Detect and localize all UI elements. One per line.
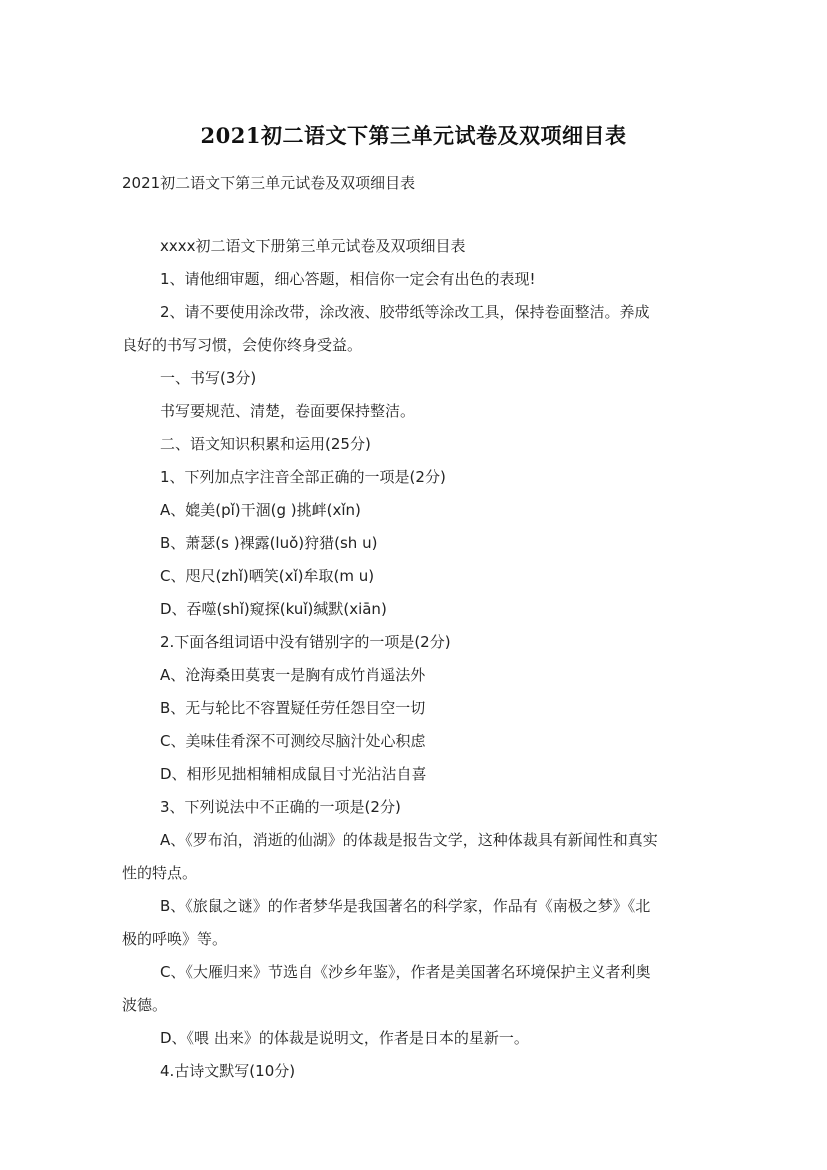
paragraph-line: 良好的书写习惯，会使你终身受益。	[122, 335, 362, 355]
paragraph-line: 书写要规范、清楚，卷面要保持整洁。	[160, 401, 415, 421]
paragraph-line: A、媲美(pǐ)干涸(g )挑衅(xǐn)	[160, 500, 361, 520]
paragraph-line: B、《旅鼠之谜》的作者梦华是我国著名的科学家，作品有《南极之梦》《北	[160, 896, 650, 916]
paragraph-line: A、沧海桑田莫衷一是胸有成竹肖遥法外	[160, 665, 425, 685]
paragraph-line: C、咫尺(zhǐ)哂笑(xǐ)牟取(m u)	[160, 566, 374, 586]
paragraph-line: 4.古诗文默写(10分)	[160, 1061, 295, 1081]
document-page: 2021初二语文下第三单元试卷及双项细目表 2021初二语文下第三单元试卷及双项…	[0, 0, 827, 1170]
paragraph-line: xxxx初二语文下册第三单元试卷及双项细目表	[160, 236, 466, 256]
document-subtitle: 2021初二语文下第三单元试卷及双项细目表	[122, 172, 415, 193]
paragraph-line: 二、语文知识积累和运用(25分)	[160, 434, 371, 454]
paragraph-line: D、吞噬(shǐ)窥探(kuǐ)缄默(xiān)	[160, 599, 387, 619]
paragraph-line: B、无与轮比不容置疑任劳任怨目空一切	[160, 698, 425, 718]
paragraph-line: C、《大雁归来》节选自《沙乡年鉴》，作者是美国著名环境保护主义者利奥	[160, 962, 650, 982]
paragraph-line: 2、请不要使用涂改带，涂改液、胶带纸等涂改工具，保持卷面整洁。养成	[160, 302, 650, 322]
paragraph-line: 一、书写(3分)	[160, 368, 256, 388]
paragraph-line: D、《喂 出来》的体裁是说明文，作者是日本的星新一。	[160, 1028, 529, 1048]
paragraph-line: D、相形见拙相辅相成鼠目寸光沾沾自喜	[160, 764, 427, 784]
document-title: 2021初二语文下第三单元试卷及双项细目表	[0, 120, 827, 150]
paragraph-line: A、《罗布泊，消逝的仙湖》的体裁是报告文学，这种体裁具有新闻性和真实	[160, 830, 658, 850]
paragraph-line: B、萧瑟(s )裸露(luǒ)狩猎(sh u)	[160, 533, 377, 553]
paragraph-line: 3、下列说法中不正确的一项是(2分)	[160, 797, 401, 817]
paragraph-line: C、美味佳肴深不可测绞尽脑汁处心积虑	[160, 731, 425, 751]
paragraph-line: 极的呼唤》等。	[122, 929, 227, 949]
paragraph-line: 1、下列加点字注音全部正确的一项是(2分)	[160, 467, 446, 487]
paragraph-line: 性的特点。	[122, 863, 197, 883]
paragraph-line: 1、请他细审题，细心答题，相信你一定会有出色的表现!	[160, 269, 536, 289]
paragraph-line: 波德。	[122, 995, 167, 1015]
paragraph-line: 2.下面各组词语中没有错别字的一项是(2分)	[160, 632, 451, 652]
